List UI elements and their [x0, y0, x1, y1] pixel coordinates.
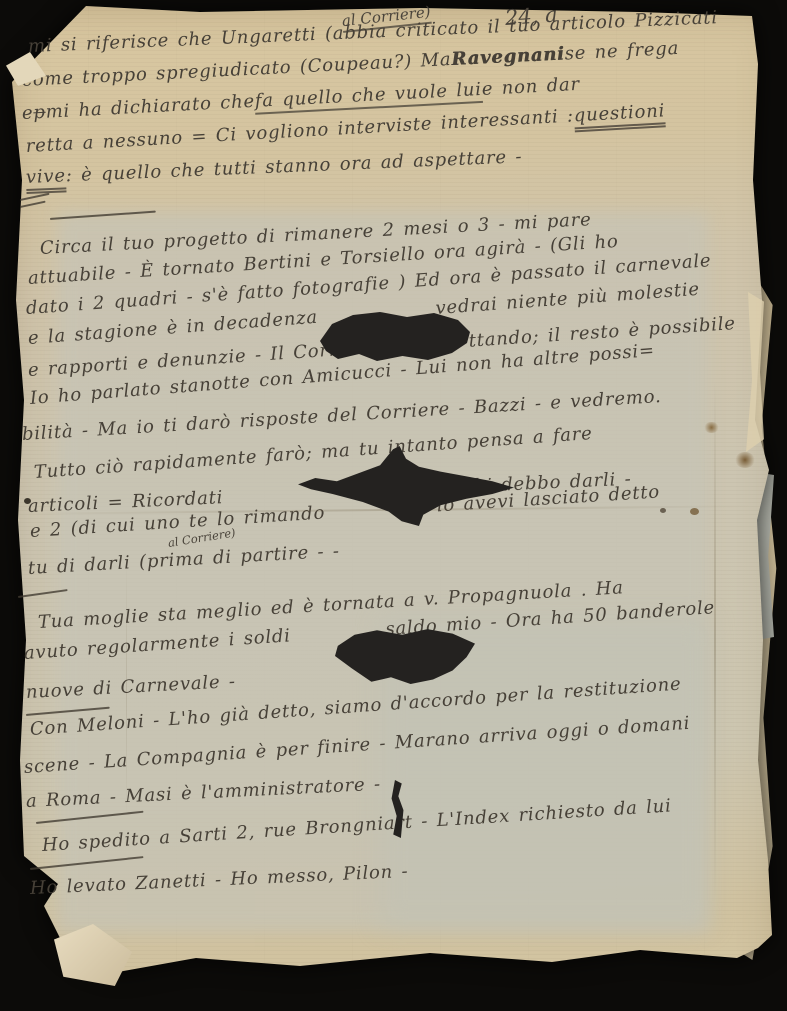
text-segment: vive: [25, 165, 66, 194]
manuscript-line: tu di darli (prima di partire - -: [27, 541, 340, 579]
text-segment: tu di darli (: [27, 551, 147, 579]
manuscript-line: Ho levato Zanetti - Ho messo, Pilon -: [30, 861, 409, 899]
text-segment: p: [33, 102, 46, 124]
manuscript-line: a Roma - Masi è l'amministratore -: [25, 774, 381, 812]
text-segment: questioni: [573, 100, 666, 132]
text-segment: nuove di Carnevale -: [25, 671, 236, 703]
ink-stain: [704, 422, 719, 433]
text-segment: fa quello che vuole lui: [254, 79, 482, 115]
text-segment: Ho levato Zanetti - Ho messo, Pilon -: [30, 861, 409, 899]
text-segment: a Roma - Masi è l'amministratore -: [25, 774, 381, 812]
text-segment: prima di partire - -: [146, 541, 340, 573]
text-segment: Ravegnani: [451, 43, 565, 70]
text-segment: mi ha dichiarato che: [45, 91, 255, 123]
text-segment: e non dar: [481, 74, 580, 100]
text-segment: se ne frega: [564, 38, 679, 65]
ink-stain: [690, 508, 699, 515]
ink-dot: [24, 498, 31, 504]
manuscript-line: nuove di Carnevale -: [25, 671, 236, 703]
ink-dot: [660, 508, 666, 513]
ink-stain: [735, 452, 755, 468]
photo-background: al Corriere) 24, a al Corriere) mi si ri…: [0, 0, 787, 1011]
